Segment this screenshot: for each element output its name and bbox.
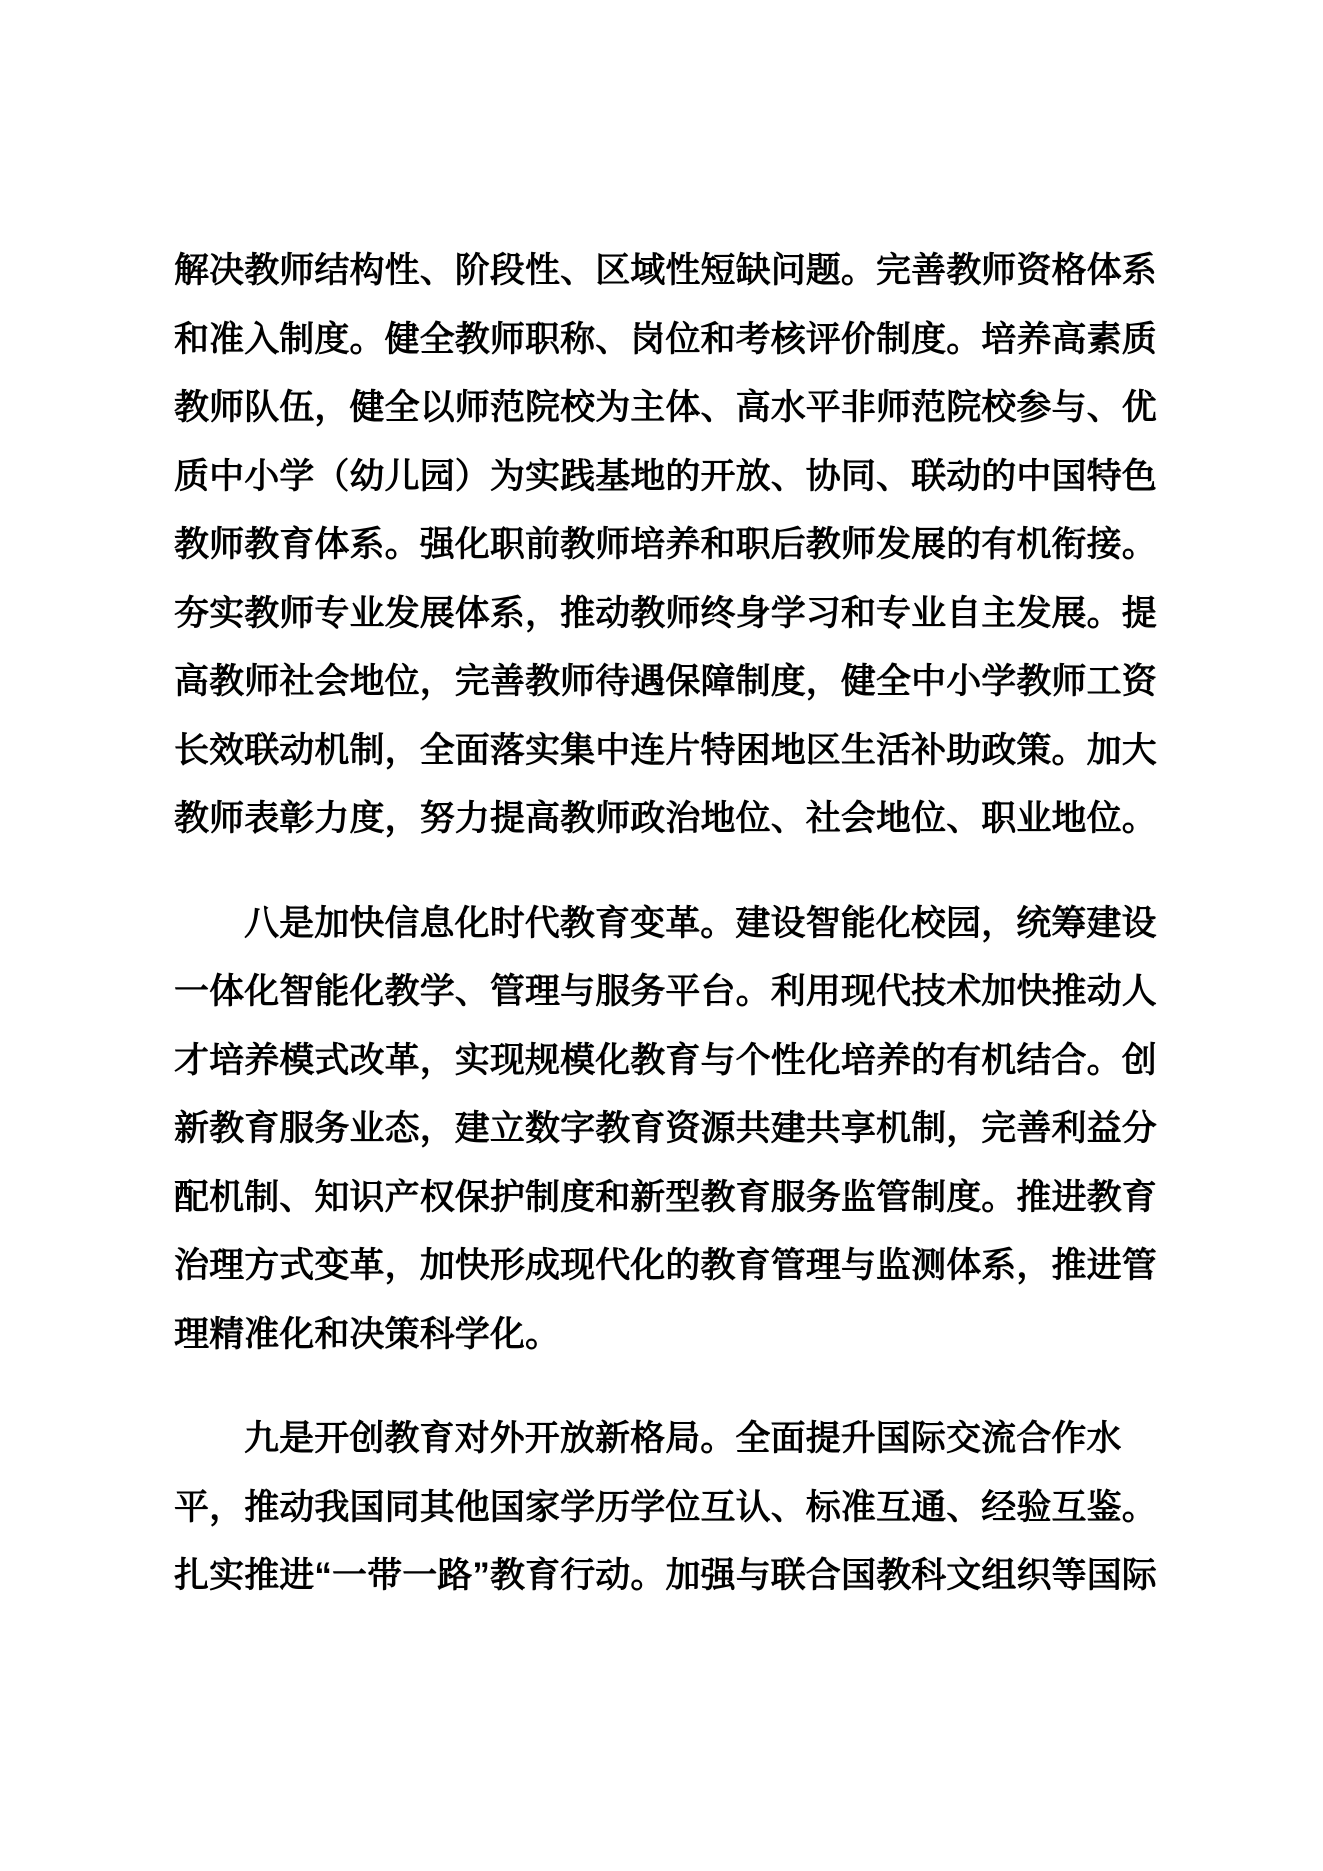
text-line: 和准入制度。健全教师职称、岗位和考核评价制度。培养高素质 — [174, 306, 1169, 375]
text-line: 一体化智能化教学、管理与服务平台。利用现代技术加快推动人 — [174, 958, 1169, 1027]
text-line: 夯实教师专业发展体系，推动教师终身学习和专业自主发展。提 — [174, 580, 1169, 649]
paragraph-informatization: 八是加快信息化时代教育变革。建设智能化校园，统筹建设 一体化智能化教学、管理与服… — [174, 890, 1169, 1370]
text-line: 教师队伍，健全以师范院校为主体、高水平非师范院校参与、优 — [174, 374, 1169, 443]
paragraph-opening-up: 九是开创教育对外开放新格局。全面提升国际交流合作水 平，推动我国同其他国家学历学… — [174, 1405, 1169, 1611]
document-text-block: 解决教师结构性、阶段性、区域性短缺问题。完善教师资格体系 和准入制度。健全教师职… — [174, 237, 1169, 1611]
text-line: 才培养模式改革，实现规模化教育与个性化培养的有机结合。创 — [174, 1027, 1169, 1096]
text-line: 配机制、知识产权保护制度和新型教育服务监管制度。推进教育 — [174, 1164, 1169, 1233]
text-line: 教师表彰力度，努力提高教师政治地位、社会地位、职业地位。 — [174, 785, 1169, 854]
paragraph-teachers: 解决教师结构性、阶段性、区域性短缺问题。完善教师资格体系 和准入制度。健全教师职… — [174, 237, 1169, 854]
text-line: 新教育服务业态，建立数字教育资源共建共享机制，完善利益分 — [174, 1095, 1169, 1164]
text-line: 八是加快信息化时代教育变革。建设智能化校园，统筹建设 — [174, 890, 1169, 959]
text-line: 治理方式变革，加快形成现代化的教育管理与监测体系，推进管 — [174, 1232, 1169, 1301]
text-line: 扎实推进“一带一路”教育行动。加强与联合国教科文组织等国际 — [174, 1542, 1169, 1611]
text-line: 平，推动我国同其他国家学历学位互认、标准互通、经验互鉴。 — [174, 1474, 1169, 1543]
text-line: 教师教育体系。强化职前教师培养和职后教师发展的有机衔接。 — [174, 511, 1169, 580]
text-line: 解决教师结构性、阶段性、区域性短缺问题。完善教师资格体系 — [174, 237, 1169, 306]
text-line: 高教师社会地位，完善教师待遇保障制度，健全中小学教师工资 — [174, 648, 1169, 717]
text-line: 质中小学（幼儿园）为实践基地的开放、协同、联动的中国特色 — [174, 443, 1169, 512]
document-page: 解决教师结构性、阶段性、区域性短缺问题。完善教师资格体系 和准入制度。健全教师职… — [0, 0, 1323, 1871]
text-line: 长效联动机制，全面落实集中连片特困地区生活补助政策。加大 — [174, 717, 1169, 786]
text-line: 九是开创教育对外开放新格局。全面提升国际交流合作水 — [174, 1405, 1169, 1474]
text-line: 理精准化和决策科学化。 — [174, 1301, 1169, 1370]
